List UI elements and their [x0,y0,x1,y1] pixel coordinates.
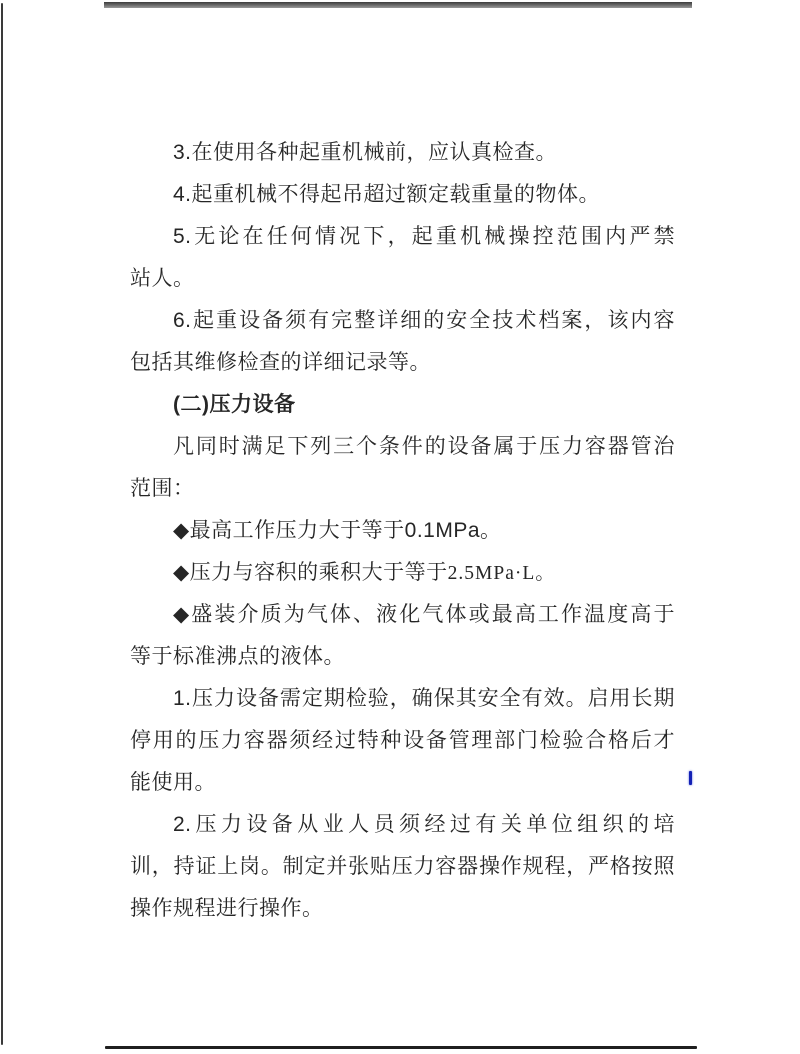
text-line: 操作规程进行操作。 [130,888,675,930]
line-text: 训，持证上岗。制定并张贴压力容器操作规程，严格按照 [130,855,675,878]
line-text: 操作规程进行操作。 [130,897,324,920]
text-line: 范围： [130,468,675,510]
text-line: 2.压力设备从业人员须经过有关单位组织的培 [130,804,675,846]
text-line: 能使用。 [130,762,675,804]
text-line: 6.起重设备须有完整详细的安全技术档案，该内容 [130,300,675,342]
line-text: ◆盛装介质为气体、液化气体或最高工作温度高于 [173,603,675,626]
text-line: 包括其维修检查的详细记录等。 [130,342,675,384]
page-top-edge [104,2,692,8]
bullet-line: ◆盛装介质为气体、液化气体或最高工作温度高于 [130,594,675,636]
text-line: 3.在使用各种起重机械前，应认真检查。 [130,132,675,174]
text-cursor-mark [689,771,692,785]
text-line: 5.无论在任何情况下，起重机械操控范围内严禁 [130,216,675,258]
section-heading: (二)压力设备 [130,384,675,426]
document-body: 3.在使用各种起重机械前，应认真检查。 4.起重机械不得起吊超过额定载重量的物体… [130,132,675,930]
line-text: 6.起重设备须有完整详细的安全技术档案，该内容 [173,309,675,332]
bullet-line: ◆最高工作压力大于等于0.1MPa。 [130,510,675,552]
text-line: 训，持证上岗。制定并张贴压力容器操作规程，严格按照 [130,846,675,888]
bullet-line: ◆压力与容积的乘积大于等于2.5MPa·L。 [130,552,675,594]
line-text: 5.无论在任何情况下，起重机械操控范围内严禁 [173,225,675,248]
text-line: 站人。 [130,258,675,300]
text-line: 凡同时满足下列三个条件的设备属于压力容器管治 [130,426,675,468]
text-line: 等于标准沸点的液体。 [130,636,675,678]
text-line: 停用的压力容器须经过特种设备管理部门检验合格后才 [130,720,675,762]
line-text: 停用的压力容器须经过特种设备管理部门检验合格后才 [130,729,675,752]
line-text: ◆最高工作压力大于等于0.1MPa。 [173,519,502,542]
line-text: 范围： [130,477,195,500]
heading-text: (二)压力设备 [173,393,296,416]
serif-value-text: 2.5MPa·L。 [448,563,556,584]
line-text: 2.压力设备从业人员须经过有关单位组织的培 [173,813,675,836]
page-left-edge [1,3,3,1045]
line-text: 4.起重机械不得起吊超过额定载重量的物体。 [173,183,600,206]
line-text: ◆压力与容积的乘积大于等于 [173,561,448,584]
line-text: 能使用。 [130,771,216,794]
line-text: 1.压力设备需定期检验，确保其安全有效。启用长期 [173,687,675,710]
line-text: 3.在使用各种起重机械前，应认真检查。 [173,141,557,164]
text-line: 4.起重机械不得起吊超过额定载重量的物体。 [130,174,675,216]
line-text: 等于标准沸点的液体。 [130,645,345,668]
line-text: 凡同时满足下列三个条件的设备属于压力容器管治 [173,435,675,458]
text-line: 1.压力设备需定期检验，确保其安全有效。启用长期 [130,678,675,720]
line-text: 包括其维修检查的详细记录等。 [130,351,431,374]
line-text: 站人。 [130,267,195,290]
page-bottom-edge [105,1046,697,1049]
